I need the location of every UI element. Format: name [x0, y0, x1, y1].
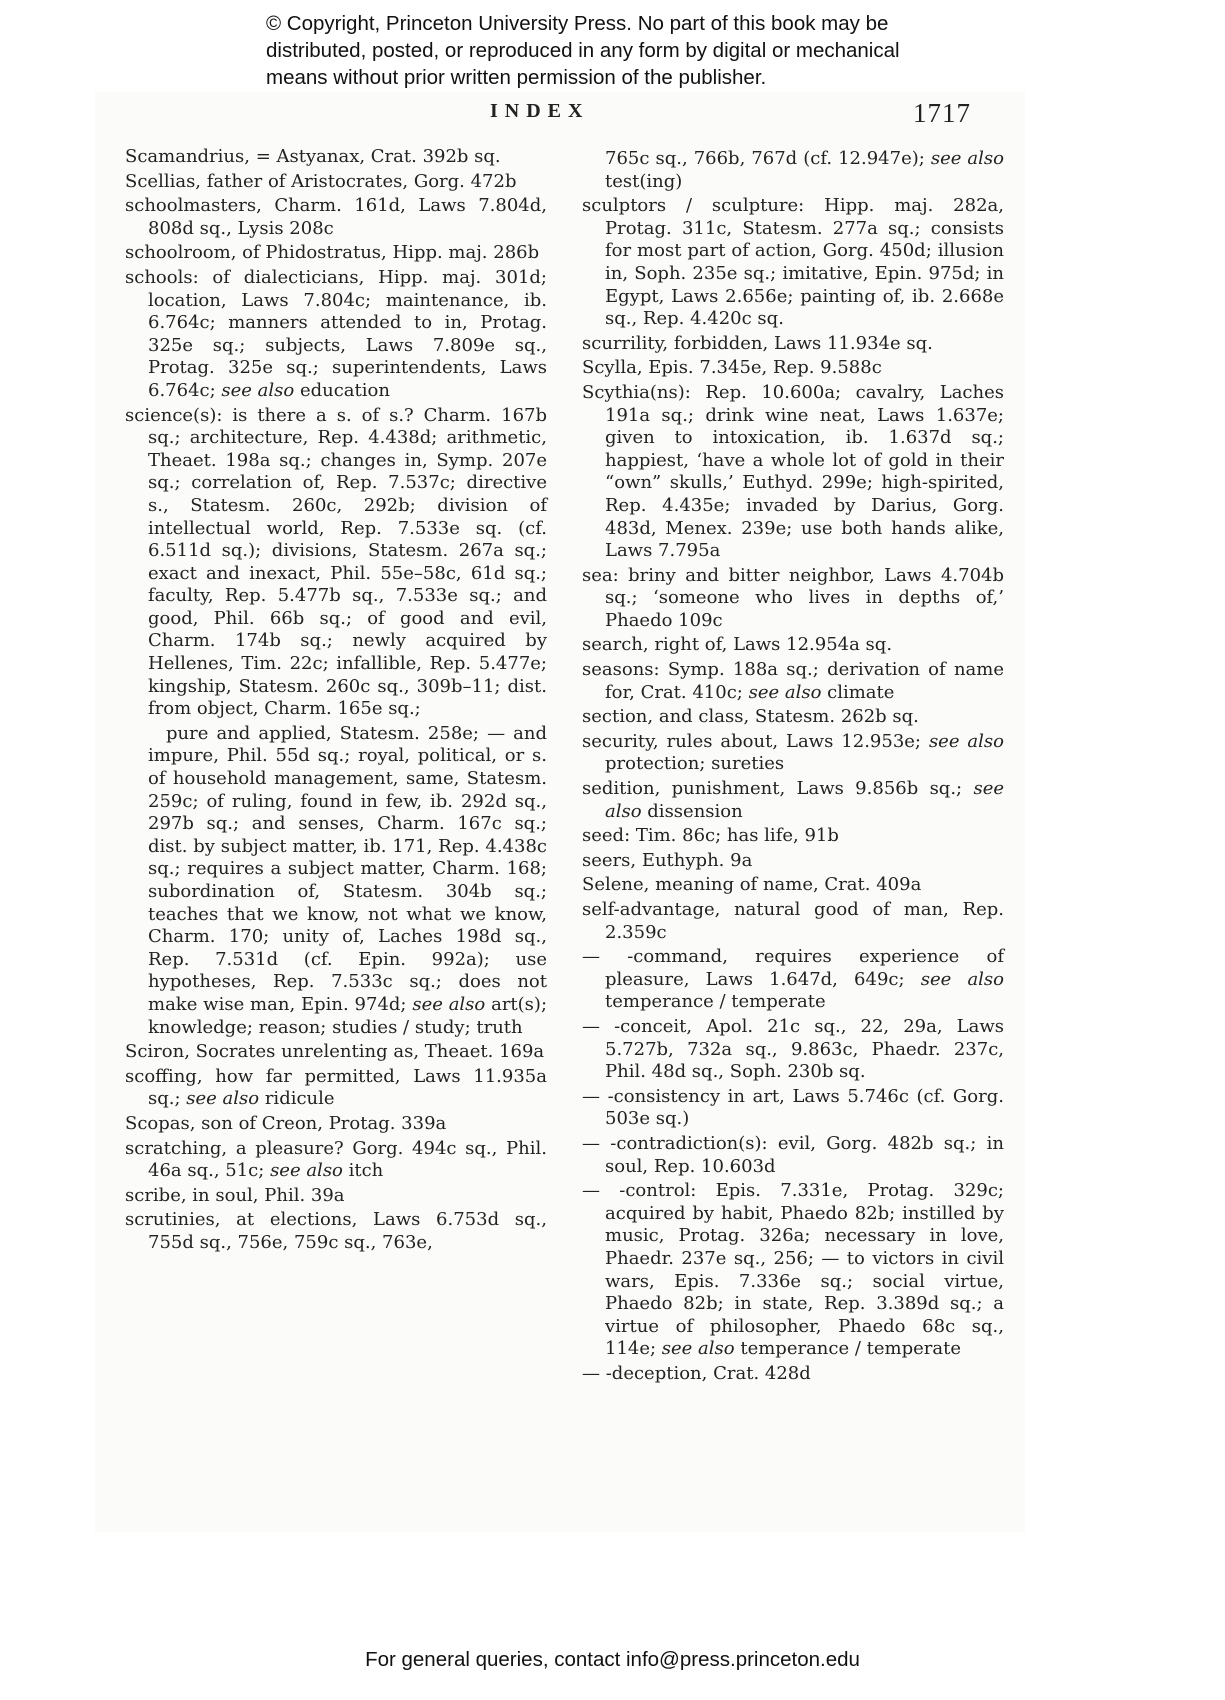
index-entry: Scamandrius, = Astyanax, Crat. 392b sq.	[125, 146, 547, 169]
see-also-label: see also	[270, 1160, 343, 1181]
entry-text: test(ing)	[605, 171, 682, 192]
entry-text: — -consistency in art, Laws 5.746c (cf. …	[582, 1086, 1004, 1130]
entry-text: science(s): is there a s. of s.? Charm. …	[125, 405, 547, 720]
entry-text: Scamandrius, = Astyanax, Crat. 392b sq.	[125, 146, 501, 167]
entry-text: dissension	[642, 801, 743, 822]
index-entry: scratching, a pleasure? Gorg. 494c sq., …	[125, 1138, 547, 1183]
page-number: 1717	[913, 98, 971, 129]
entry-text: Sciron, Socrates unrelenting as, Theaet.…	[125, 1041, 544, 1062]
index-entry: self-advantage, natural good of man, Rep…	[582, 899, 1004, 944]
entry-text: search, right of, Laws 12.954a sq.	[582, 634, 892, 655]
contact-footer: For general queries, contact info@press.…	[0, 1648, 1225, 1672]
running-head: INDEX	[490, 100, 589, 123]
see-also-label: see also	[929, 731, 1004, 752]
index-entry: seed: Tim. 86c; has life, 91b	[582, 825, 1004, 848]
entry-text: temperance / temperate	[735, 1338, 961, 1359]
index-entry: Scellias, father of Aristocrates, Gorg. …	[125, 171, 547, 194]
entry-text: ridicule	[259, 1088, 334, 1109]
entry-text: Scellias, father of Aristocrates, Gorg. …	[125, 171, 516, 192]
entry-text: education	[294, 380, 390, 401]
index-entry: schoolmasters, Charm. 161d, Laws 7.804d,…	[125, 195, 547, 240]
index-column-right: 765c sq., 766b, 767d (cf. 12.947e); see …	[582, 148, 1004, 1387]
entry-text: section, and class, Statesm. 262b sq.	[582, 706, 919, 727]
index-entry: section, and class, Statesm. 262b sq.	[582, 706, 1004, 729]
entry-text: — -control: Epis. 7.331e, Protag. 329c; …	[582, 1180, 1004, 1359]
entry-text: temperance / temperate	[605, 991, 826, 1012]
entry-text: itch	[343, 1160, 383, 1181]
index-entry: security, rules about, Laws 12.953e; see…	[582, 731, 1004, 776]
index-column-left: Scamandrius, = Astyanax, Crat. 392b sq.S…	[125, 146, 547, 1257]
see-also-label: see also	[921, 969, 1004, 990]
index-entry: sea: briny and bitter neighbor, Laws 4.7…	[582, 565, 1004, 633]
entry-text: protection; sureties	[605, 753, 784, 774]
entry-text: scrutinies, at elections, Laws 6.753d sq…	[125, 1209, 547, 1253]
entry-text: sculptors / sculpture: Hipp. maj. 282a, …	[582, 195, 1004, 329]
index-entry: science(s): is there a s. of s.? Charm. …	[125, 405, 547, 721]
entry-text: Scopas, son of Creon, Protag. 339a	[125, 1113, 446, 1134]
entry-text: seers, Euthyph. 9a	[582, 850, 752, 871]
index-entry: — -deception, Crat. 428d	[582, 1363, 1004, 1386]
entry-text: Scylla, Epis. 7.345e, Rep. 9.588c	[582, 357, 882, 378]
entry-text: security, rules about, Laws 12.953e;	[582, 731, 929, 752]
see-also-label: see also	[186, 1088, 259, 1109]
index-entry: scurrility, forbidden, Laws 11.934e sq.	[582, 333, 1004, 356]
index-entry: sedition, punishment, Laws 9.856b sq.; s…	[582, 778, 1004, 823]
entry-text: schoolmasters, Charm. 161d, Laws 7.804d,…	[125, 195, 547, 239]
index-entry: Scylla, Epis. 7.345e, Rep. 9.588c	[582, 357, 1004, 380]
index-entry: schoolroom, of Phidostratus, Hipp. maj. …	[125, 242, 547, 265]
index-entry: scribe, in soul, Phil. 39a	[125, 1185, 547, 1208]
entry-text: seed: Tim. 86c; has life, 91b	[582, 825, 839, 846]
entry-text: — -deception, Crat. 428d	[582, 1363, 811, 1384]
index-entry: search, right of, Laws 12.954a sq.	[582, 634, 1004, 657]
index-entry: — -command, requires experience of pleas…	[582, 946, 1004, 1014]
entry-text: 765c sq., 766b, 767d (cf. 12.947e);	[605, 148, 931, 169]
index-entry: seers, Euthyph. 9a	[582, 850, 1004, 873]
entry-text: — -conceit, Apol. 21c sq., 22, 29a, Laws…	[582, 1016, 1004, 1082]
entry-text: Selene, meaning of name, Crat. 409a	[582, 874, 921, 895]
index-entry-continuation: 765c sq., 766b, 767d (cf. 12.947e); see …	[582, 148, 1004, 193]
entry-text: climate	[821, 682, 894, 703]
index-entry-continuation: pure and applied, Statesm. 258e; — and i…	[125, 723, 547, 1039]
index-entry: Selene, meaning of name, Crat. 409a	[582, 874, 1004, 897]
entry-text: scurrility, forbidden, Laws 11.934e sq.	[582, 333, 933, 354]
entry-text: pure and applied, Statesm. 258e; — and i…	[148, 723, 547, 1015]
index-entry: scoffing, how far permitted, Laws 11.935…	[125, 1066, 547, 1111]
index-entry: sculptors / sculpture: Hipp. maj. 282a, …	[582, 195, 1004, 331]
entry-text: scribe, in soul, Phil. 39a	[125, 1185, 345, 1206]
entry-text: — -contradiction(s): evil, Gorg. 482b sq…	[582, 1133, 1004, 1177]
entry-text: Scythia(ns): Rep. 10.600a; cavalry, Lach…	[582, 382, 1004, 561]
see-also-label: see also	[662, 1338, 735, 1359]
entry-text: self-advantage, natural good of man, Rep…	[582, 899, 1004, 943]
see-also-label: see also	[221, 380, 294, 401]
index-entry: scrutinies, at elections, Laws 6.753d sq…	[125, 1209, 547, 1254]
index-entry: — -conceit, Apol. 21c sq., 22, 29a, Laws…	[582, 1016, 1004, 1084]
index-entry: Scopas, son of Creon, Protag. 339a	[125, 1113, 547, 1136]
index-entry: — -contradiction(s): evil, Gorg. 482b sq…	[582, 1133, 1004, 1178]
see-also-label: see also	[412, 994, 485, 1015]
index-entry: — -control: Epis. 7.331e, Protag. 329c; …	[582, 1180, 1004, 1361]
index-entry: — -consistency in art, Laws 5.746c (cf. …	[582, 1086, 1004, 1131]
entry-text: sedition, punishment, Laws 9.856b sq.;	[582, 778, 973, 799]
index-entry: Sciron, Socrates unrelenting as, Theaet.…	[125, 1041, 547, 1064]
index-entry: seasons: Symp. 188a sq.; derivation of n…	[582, 659, 1004, 704]
index-entry: schools: of dialecticians, Hipp. maj. 30…	[125, 267, 547, 403]
index-entry: Scythia(ns): Rep. 10.600a; cavalry, Lach…	[582, 382, 1004, 563]
see-also-label: see also	[749, 682, 822, 703]
see-also-label: see also	[931, 148, 1004, 169]
entry-text: schoolroom, of Phidostratus, Hipp. maj. …	[125, 242, 539, 263]
copyright-notice: © Copyright, Princeton University Press.…	[266, 10, 966, 91]
entry-text: sea: briny and bitter neighbor, Laws 4.7…	[582, 565, 1004, 631]
